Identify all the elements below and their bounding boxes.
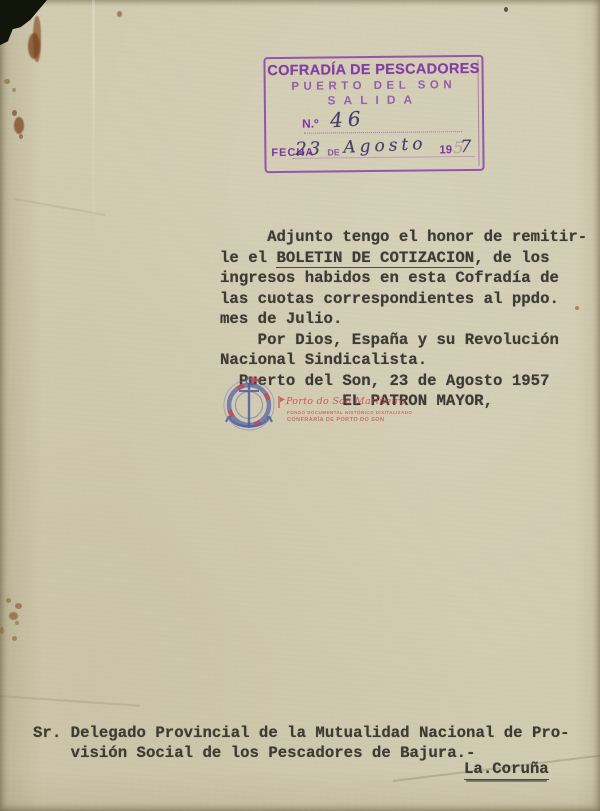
torn-corner xyxy=(0,0,49,47)
crease-line xyxy=(0,695,140,706)
rust-stain xyxy=(12,636,17,641)
body-line: le el BOLETIN DE COTIZACION, de los xyxy=(220,248,587,269)
boletin-underlined: BOLETIN DE COTIZACION xyxy=(276,249,474,268)
stamp-salida-label: SALIDA xyxy=(266,92,482,108)
stamp-date-particle: DE xyxy=(327,147,340,157)
city-name: La.Coruña xyxy=(464,760,549,780)
rust-stain xyxy=(12,88,16,92)
recipient-address: Sr. Delegado Provincial de la Mutualidad… xyxy=(33,723,570,763)
rust-stain xyxy=(19,134,23,139)
crease-line xyxy=(92,0,95,215)
dotted-line xyxy=(304,131,462,134)
rust-stain xyxy=(14,117,24,134)
letter-body: Adjunto tengo el honor de remitir- le el… xyxy=(220,227,587,412)
stamp-date-year-written: 7 xyxy=(460,137,471,157)
rust-stain xyxy=(28,33,40,59)
body-line: Nacional Sindicalista. xyxy=(220,350,587,371)
address-line: Sr. Delegado Provincial de la Mutualidad… xyxy=(33,723,570,743)
rust-stain xyxy=(15,621,19,625)
rust-stain xyxy=(6,598,11,603)
rust-stain xyxy=(0,627,4,634)
scanned-letter-page: COFRADÍA DE PESCADORES PUERTO DEL SON SA… xyxy=(0,0,600,811)
stamp-number-value: 46 xyxy=(329,106,366,132)
stamp-org-name: COFRADÍA DE PESCADORES xyxy=(265,61,481,79)
stamp-date-year-printed: 19 xyxy=(439,144,452,156)
stamp-number-label: N.º xyxy=(302,117,319,131)
body-line2-pre: le el xyxy=(220,249,276,267)
body-line: las cuotas correspondientes al ppdo. xyxy=(220,289,587,310)
stamp-date-row: FECHA 23 DE Agosto 19 5 7 xyxy=(266,141,482,169)
crease-line xyxy=(15,198,106,215)
rust-stain xyxy=(12,110,17,116)
registry-stamp: COFRADÍA DE PESCADORES PUERTO DEL SON SA… xyxy=(263,55,484,173)
watermark-subtitle-2: CONFRARÍA DE PORTO DO SON xyxy=(287,417,384,423)
body-line: Por Dios, España y su Revolución xyxy=(220,330,587,351)
body-line: ingresos habidos en esta Cofradía de xyxy=(220,268,587,289)
ink-speck xyxy=(504,7,508,12)
body-line: EL PATRON MAYOR, xyxy=(220,391,587,412)
rust-stain xyxy=(4,79,10,84)
address-city: La.Coruña xyxy=(464,760,549,778)
rust-stain xyxy=(9,612,18,620)
rust-stain xyxy=(117,11,122,17)
body-line: mes de Julio. xyxy=(220,309,587,330)
stamp-date-month: Agosto xyxy=(343,134,427,158)
rust-stain xyxy=(15,603,22,609)
body-line2-post: , de los xyxy=(474,249,549,267)
stamp-place: PUERTO DEL SON xyxy=(266,79,482,93)
body-line: Adjunto tengo el honor de remitir- xyxy=(220,227,587,248)
body-line: Puerto del Son, 23 de Agosto 1957 xyxy=(220,371,587,392)
